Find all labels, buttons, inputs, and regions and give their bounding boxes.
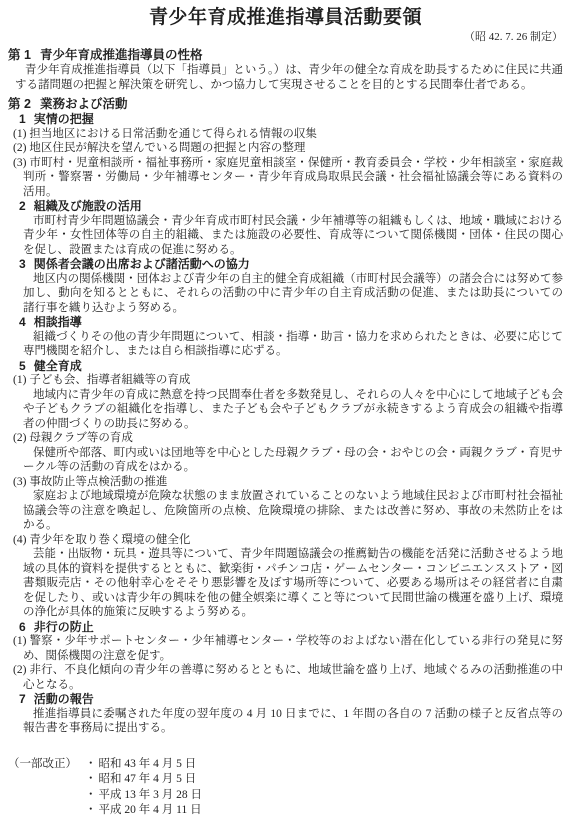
item-text: 地区住民が解決を望んでいる問題の把握と内容の整理 xyxy=(29,142,305,154)
list-item: (2)地区住民が解決を望んでいる問題の把握と内容の整理 xyxy=(8,141,563,156)
subsection-4-title: 相談指導 xyxy=(34,315,82,329)
subsection-4-heading: 4相談指導 xyxy=(8,315,563,330)
subsection-2-number: 2 xyxy=(19,199,26,213)
section-2-content: 1実情の把握 (1)担当地区における日常活動を通じて得られる情報の収集 (2)地… xyxy=(8,112,563,736)
amendment-date-text: 平成 20 年 4 月 11 日 xyxy=(99,804,202,816)
subsection-5-heading: 5健全育成 xyxy=(8,359,563,374)
item-text: 非行、不良化傾向の青少年の善導に努めるとともに、地域世論を盛り上げ、地域ぐるみの… xyxy=(23,664,563,691)
subsection-3-heading: 3関係者会議の出席および諸活動への協力 xyxy=(8,257,563,272)
list-item: (2)非行、不良化傾向の青少年の善導に努めるとともに、地域世論を盛り上げ、地域ぐ… xyxy=(8,663,563,692)
subsection-2-heading: 2組織及び施設の活用 xyxy=(8,199,563,214)
bullet-icon: ・ xyxy=(85,773,97,785)
item-body: 地域内に青少年の育成に熱意を持つ民間奉仕者を多数発見し、それらの人々を中心にして… xyxy=(8,388,563,432)
section-1-body: 青少年育成推進指導員（以下「指導員」という。）は、青少年の健全な育成を助長するた… xyxy=(8,63,563,93)
item-marker: (1) xyxy=(13,374,26,386)
section-2-label: 第 2 xyxy=(8,97,31,111)
list-item: (3)市町村・児童相談所・福祉事務所・家庭児童相談室・保健所・教育委員会・学校・… xyxy=(8,156,563,200)
section-2-title: 業務および活動 xyxy=(40,97,128,111)
item-marker: (3) xyxy=(13,157,26,169)
item-marker: (2) xyxy=(13,142,26,154)
item-marker: (2) xyxy=(13,664,26,676)
list-item: (4)青少年を取り巻く環境の健全化 xyxy=(8,533,563,548)
page-title: 青少年育成推進指導員活動要領 xyxy=(8,5,563,30)
list-item: (1)警察・少年サポートセンター・少年補導センター・学校等のおよばない潜在化して… xyxy=(8,634,563,663)
item-marker: (4) xyxy=(13,534,26,546)
item-title: 母親クラブ等の育成 xyxy=(29,432,133,444)
section-1-title: 青少年育成推進指導員の性格 xyxy=(40,48,203,62)
item-body: 芸能・出版物・玩具・遊具等について、青少年問題協議会の推薦勧告の機能を活発に活動… xyxy=(8,547,563,620)
subsection-2-title: 組織及び施設の活用 xyxy=(34,199,142,213)
item-body: 家庭および地域環境が危険な状態のまま放置されていることのないよう地域住民および市… xyxy=(8,489,563,533)
item-text: 市町村・児童相談所・福祉事務所・家庭児童相談室・保健所・教育委員会・学校・少年相… xyxy=(23,157,563,198)
amendments-label: （一部改正） xyxy=(8,757,85,819)
subsection-7-body: 推進指導員に委嘱された年度の翌年度の 4 月 10 日までに、1 年間の各自の … xyxy=(8,707,563,736)
amendment-date: ・昭和 43 年 4 月 5 日 xyxy=(85,757,202,773)
item-title: 子ども会、指導者組織等の育成 xyxy=(29,374,190,386)
subsection-3-number: 3 xyxy=(19,257,26,271)
document-page: 青少年育成推進指導員活動要領 （昭 42. 7. 26 制定） 第 1青少年育成… xyxy=(0,0,570,828)
item-marker: (3) xyxy=(13,476,26,488)
list-item: (1)担当地区における日常活動を通じて得られる情報の収集 xyxy=(8,127,563,142)
item-marker: (1) xyxy=(13,128,26,140)
subsection-5-number: 5 xyxy=(19,359,26,373)
subsection-7-number: 7 xyxy=(19,692,26,706)
list-item: (2)母親クラブ等の育成 xyxy=(8,431,563,446)
item-marker: (1) xyxy=(13,635,26,647)
subsection-7-heading: 7活動の報告 xyxy=(8,692,563,707)
amendment-date: ・平成 13 年 3 月 28 日 xyxy=(85,788,202,804)
list-item: (1)子ども会、指導者組織等の育成 xyxy=(8,373,563,388)
bullet-icon: ・ xyxy=(85,789,97,801)
section-1-heading: 第 1青少年育成推進指導員の性格 xyxy=(8,48,563,63)
enactment-date: （昭 42. 7. 26 制定） xyxy=(8,30,563,44)
amendment-date: ・昭和 47 年 4 月 5 日 xyxy=(85,772,202,788)
amendment-date-list: ・昭和 43 年 4 月 5 日 ・昭和 47 年 4 月 5 日 ・平成 13… xyxy=(85,757,202,819)
bullet-icon: ・ xyxy=(85,758,97,770)
subsection-4-body: 組織づくりその他の青少年問題について、相談・指導・助言・協力を求められたときは、… xyxy=(8,330,563,359)
item-text: 担当地区における日常活動を通じて得られる情報の収集 xyxy=(29,128,317,140)
subsection-1-heading: 1実情の把握 xyxy=(8,112,563,127)
subsection-3-body: 地区内の関係機関・団体および青少年の自主的健全育成組織（市町村民会議等）の諸会合… xyxy=(8,272,563,316)
item-marker: (2) xyxy=(13,432,26,444)
item-title: 事故防止等点検活動の推進 xyxy=(29,476,167,488)
list-item: (3)事故防止等点検活動の推進 xyxy=(8,475,563,490)
amendment-date-text: 昭和 47 年 4 月 5 日 xyxy=(99,773,197,785)
subsection-5-title: 健全育成 xyxy=(34,359,82,373)
bullet-icon: ・ xyxy=(85,804,97,816)
section-1-label: 第 1 xyxy=(8,48,31,62)
subsection-1-title: 実情の把握 xyxy=(34,112,94,126)
item-text: 警察・少年サポートセンター・少年補導センター・学校等のおよばない潜在化している非… xyxy=(23,635,563,662)
subsection-4-number: 4 xyxy=(19,315,26,329)
section-2-heading: 第 2業務および活動 xyxy=(8,97,563,112)
item-body: 保健所や部落、町内或いは団地等を中心とした母親クラブ・母の会・おやじの会・両親ク… xyxy=(8,446,563,475)
item-title: 青少年を取り巻く環境の健全化 xyxy=(29,534,190,546)
subsection-7-title: 活動の報告 xyxy=(34,692,94,706)
subsection-6-title: 非行の防止 xyxy=(34,620,94,634)
subsection-6-heading: 6非行の防止 xyxy=(8,620,563,635)
subsection-6-number: 6 xyxy=(19,620,26,634)
amendments: （一部改正） ・昭和 43 年 4 月 5 日 ・昭和 47 年 4 月 5 日… xyxy=(8,757,563,819)
subsection-2-body: 市町村青少年問題協議会・青少年育成市町村民会議・少年補導等の組織もしくは、地域・… xyxy=(8,214,563,258)
amendment-date-text: 昭和 43 年 4 月 5 日 xyxy=(99,758,197,770)
subsection-3-title: 関係者会議の出席および諸活動への協力 xyxy=(34,257,250,271)
amendment-date-text: 平成 13 年 3 月 28 日 xyxy=(99,789,203,801)
amendment-date: ・平成 20 年 4 月 11 日 xyxy=(85,803,202,819)
subsection-1-number: 1 xyxy=(19,112,26,126)
